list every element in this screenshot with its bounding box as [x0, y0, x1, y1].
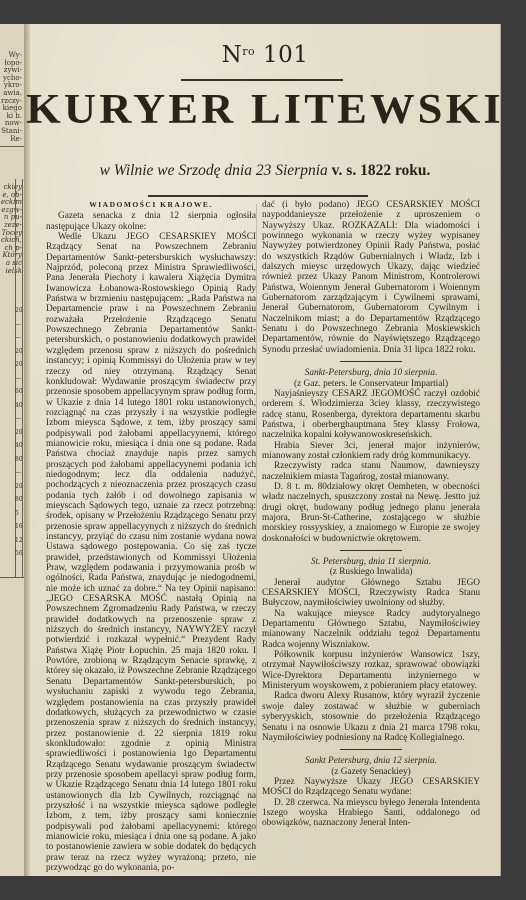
paragraph: Radca dworu Alexy Rusanow, który wyraził…	[262, 691, 480, 743]
article-separator	[340, 749, 402, 750]
adjacent-page-fragment: Wy-łopo-żywi-ycho-ykro-awia.rzczy-kiegok…	[0, 24, 25, 876]
table-value: 56	[15, 550, 23, 557]
table-value: 80	[15, 496, 23, 503]
newspaper-page: Nro 101 KURYER LITEWSKI w Wilnie we Srzo…	[30, 24, 501, 876]
masthead-rule-top	[181, 79, 343, 81]
left-column: WIADOMOŚCI KRAJOWE. Gazeta senacka z dni…	[46, 200, 256, 873]
paragraph: Gazeta senacka z dnia 12 sierpnia ogłosi…	[46, 211, 256, 232]
paragraph: D. 28 czerwca. Na mieyscu byłego Jenerał…	[262, 798, 480, 829]
paragraph: Hrabia Siever 3ci, jenerał major inżynie…	[262, 441, 480, 462]
article-source: (z Ruskiego Inwalida)	[262, 567, 480, 577]
article-source: (z Gazety Senackiey)	[262, 767, 480, 777]
article-separator	[340, 550, 402, 551]
table-value: 16	[15, 523, 23, 530]
paragraph: Jenerał audytor Głównego Sztabu JEGO CES…	[262, 578, 480, 609]
article-separator	[340, 361, 402, 362]
paragraph: Na wakujące mieysce Radcy audytoryalnego…	[262, 609, 480, 650]
paragraph: D. 8 t. m. 80działowy okręt Oemheten, w …	[262, 482, 480, 544]
table-value: —	[15, 334, 21, 341]
article-city-date: Sankt Petersburg, dnia 12 sierpnia.	[262, 756, 480, 766]
paragraph: Wedle Ukazu JEGO CESARSKIEY MOŚCI Rządzą…	[46, 232, 256, 873]
table-value: 80	[15, 456, 23, 463]
article-source: (z Gaz. peters. le Conservateur Impartia…	[262, 379, 480, 389]
section-title: WIADOMOŚCI KRAJOWE.	[46, 200, 256, 210]
paragraph: Nayjaśnieyszy CESARZ JEGOMOŚĆ raczył ozd…	[262, 389, 480, 441]
fragment-text: Re-	[10, 136, 22, 143]
table-value: —	[15, 375, 21, 382]
masthead-rule-bottom	[148, 195, 368, 197]
newspaper-title: KURYER LITEWSKI	[16, 86, 514, 134]
paragraph: Przez Naywyższe Ukazy JEGO CESARSKIEY MO…	[262, 777, 480, 798]
table-value: 20	[15, 348, 23, 355]
continued-paragraph: dać (i było podano) JEGO CESARSKIEY MOŚC…	[262, 200, 480, 355]
issue-number: Nro 101	[30, 42, 500, 68]
table-value: 12	[15, 537, 23, 544]
article-city-date: Sankt-Petersburg, dnia 10 sierpnia.	[262, 368, 480, 378]
column-divider	[256, 204, 257, 834]
table-value: 40	[15, 442, 23, 449]
table-value: —	[15, 415, 21, 422]
table-value: 60	[15, 388, 23, 395]
table-value: 40	[15, 402, 23, 409]
right-column: dać (i było podano) JEGO CESARSKIEY MOŚC…	[262, 200, 480, 829]
paragraph: Półkownik korpusu inżynierów Wansowicz 1…	[262, 650, 480, 691]
table-value: 5	[15, 510, 19, 517]
paragraph: Rzeczywisty radca stanu Naumow, dawnieys…	[262, 461, 480, 482]
dateline: w Wilnie we Srzodę dnia 23 Sierpnia v. s…	[30, 162, 500, 180]
table-value: 20	[15, 361, 23, 368]
table-value: 20	[15, 307, 23, 314]
article-city-date: St. Petersburg, dnia 11 sierpnia.	[262, 557, 480, 567]
table-value: 20	[15, 429, 23, 436]
table-value: —	[15, 321, 21, 328]
table-value: —	[15, 469, 21, 476]
table-value: 20	[15, 483, 23, 490]
adjacent-page-price-table: 20——2020—6040—204080—20805161256	[0, 146, 24, 578]
